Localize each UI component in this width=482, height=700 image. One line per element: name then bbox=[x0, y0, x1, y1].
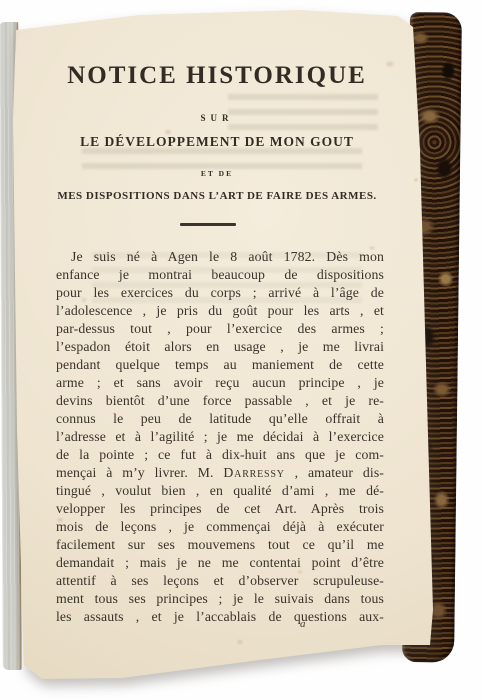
body-line: par-dessus tout , pour l’exercice des ar… bbox=[56, 320, 384, 338]
body-line: pour les exercices du corps ; arrivé à l… bbox=[56, 284, 384, 302]
body-line-darressy: mençai à m’y livrer. M. Darressy , amate… bbox=[56, 464, 384, 482]
book-photo: NOTICE HISTORIQUE SUR LE DÉVELOPPEMENT D… bbox=[0, 0, 482, 700]
body-line: enfance je montrai beaucoup de dispositi… bbox=[56, 266, 384, 284]
body-line: l’adresse et à l’agilité ; je me décidai… bbox=[56, 428, 384, 446]
body-line: ment tous ses principes ; je le suivais … bbox=[56, 590, 384, 608]
separator-rule bbox=[180, 223, 236, 226]
body-line: l’adolescence , je pris du goût pour les… bbox=[56, 302, 384, 320]
signature-mark: a bbox=[300, 618, 306, 630]
body-line: tingué , voulut bien , en qualité d’ami … bbox=[56, 482, 384, 500]
body-line: pendant quelque temps au maniement de ce… bbox=[56, 356, 384, 374]
body-line: facilement sur ses mouvemens tout ce qu’… bbox=[56, 536, 384, 554]
body-line: arme ; et sans avoir reçu aucun principe… bbox=[56, 374, 384, 392]
body-line: velopper les principes de cet Art. Après… bbox=[56, 500, 384, 518]
body-line: Je suis né à Agen le 8 août 1782. Dès mo… bbox=[56, 248, 384, 266]
person-name: Darressy bbox=[223, 465, 284, 480]
body-line: attentif à ses leçons et d’observer scru… bbox=[56, 572, 384, 590]
body-line: mois de leçons , je commençai déjà à exé… bbox=[56, 518, 384, 536]
body-paragraph: Je suis né à Agen le 8 août 1782. Dès mo… bbox=[56, 248, 384, 626]
subtitle-et-de: ET DE bbox=[52, 169, 382, 178]
body-line: l’espadon étoit alors en usage , je me l… bbox=[56, 338, 384, 356]
body-line: les assauts , et je l’accablais de quest… bbox=[56, 608, 384, 626]
page-title: NOTICE HISTORIQUE bbox=[52, 62, 382, 90]
body-line-suffix: , amateur dis- bbox=[285, 465, 384, 480]
subtitle-developpement: LE DÉVELOPPEMENT DE MON GOUT bbox=[52, 134, 382, 150]
page-content: NOTICE HISTORIQUE SUR LE DÉVELOPPEMENT D… bbox=[0, 0, 482, 700]
subtitle-sur: SUR bbox=[52, 113, 382, 123]
body-line: connus le peu de latitude qu’elle offrai… bbox=[56, 410, 384, 428]
subtitle-dispositions: MES DISPOSITIONS DANS L’ART DE FAIRE DES… bbox=[52, 190, 382, 202]
body-line: de la pointe ; ce fut à dix-huit ans que… bbox=[56, 446, 384, 464]
body-line: demandait ; mais je ne me contentai poin… bbox=[56, 554, 384, 572]
body-line-prefix: mençai à m’y livrer. M. bbox=[56, 465, 223, 480]
body-line: devins bientôt d’une force passable , et… bbox=[56, 392, 384, 410]
